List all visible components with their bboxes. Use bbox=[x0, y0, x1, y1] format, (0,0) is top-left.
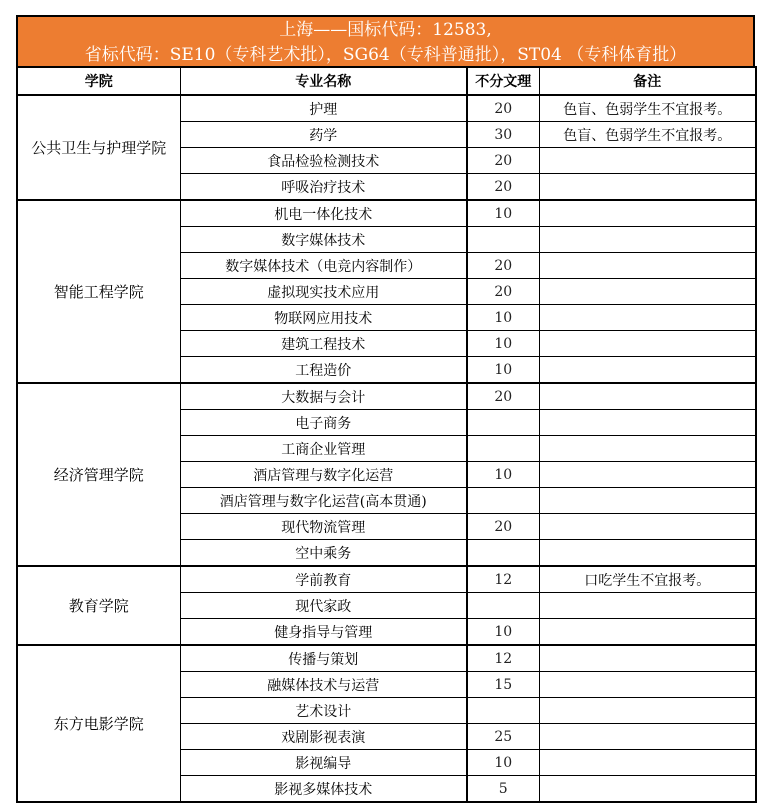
major-cell: 建筑工程技术 bbox=[180, 331, 467, 357]
college-cell: 经济管理学院 bbox=[17, 383, 180, 566]
count-cell: 20 bbox=[467, 514, 539, 540]
count-cell: 10 bbox=[467, 462, 539, 488]
count-cell bbox=[467, 227, 539, 253]
college-cell: 智能工程学院 bbox=[17, 200, 180, 383]
remark-cell bbox=[539, 410, 756, 436]
remark-cell bbox=[539, 174, 756, 201]
count-cell bbox=[467, 593, 539, 619]
remark-cell bbox=[539, 645, 756, 672]
count-cell: 10 bbox=[467, 750, 539, 776]
count-cell: 10 bbox=[467, 619, 539, 646]
remark-cell bbox=[539, 540, 756, 567]
remark-cell bbox=[539, 750, 756, 776]
remark-cell bbox=[539, 383, 756, 410]
table-row: 公共卫生与护理学院护理20色盲、色弱学生不宜报考。 bbox=[17, 95, 756, 122]
count-cell: 20 bbox=[467, 253, 539, 279]
count-cell: 12 bbox=[467, 645, 539, 672]
major-cell: 药学 bbox=[180, 122, 467, 148]
remark-cell bbox=[539, 488, 756, 514]
major-cell: 影视编导 bbox=[180, 750, 467, 776]
college-cell: 公共卫生与护理学院 bbox=[17, 95, 180, 200]
enrollment-sheet: 上海——国标代码：12583, 省标代码：SE10（专科艺术批），SG64（专科… bbox=[16, 15, 755, 803]
remark-cell bbox=[539, 148, 756, 174]
count-cell: 30 bbox=[467, 122, 539, 148]
major-cell: 现代物流管理 bbox=[180, 514, 467, 540]
table-row: 经济管理学院大数据与会计20 bbox=[17, 383, 756, 410]
count-cell: 20 bbox=[467, 148, 539, 174]
remark-cell bbox=[539, 514, 756, 540]
header-major: 专业名称 bbox=[180, 67, 467, 95]
major-cell: 数字媒体技术（电竞内容制作） bbox=[180, 253, 467, 279]
major-cell: 物联网应用技术 bbox=[180, 305, 467, 331]
remark-cell bbox=[539, 227, 756, 253]
count-cell: 5 bbox=[467, 776, 539, 803]
major-cell: 呼吸治疗技术 bbox=[180, 174, 467, 201]
count-cell: 10 bbox=[467, 200, 539, 227]
remark-cell bbox=[539, 593, 756, 619]
count-cell: 25 bbox=[467, 724, 539, 750]
major-cell: 健身指导与管理 bbox=[180, 619, 467, 646]
table-body: 公共卫生与护理学院护理20色盲、色弱学生不宜报考。药学30色盲、色弱学生不宜报考… bbox=[17, 95, 756, 802]
remark-cell: 色盲、色弱学生不宜报考。 bbox=[539, 95, 756, 122]
remark-cell bbox=[539, 724, 756, 750]
header-remark: 备注 bbox=[539, 67, 756, 95]
count-cell: 10 bbox=[467, 305, 539, 331]
major-cell: 工程造价 bbox=[180, 357, 467, 384]
majors-table: 学院 专业名称 不分文理 备注 公共卫生与护理学院护理20色盲、色弱学生不宜报考… bbox=[16, 66, 757, 803]
count-cell: 20 bbox=[467, 95, 539, 122]
major-cell: 空中乘务 bbox=[180, 540, 467, 567]
title-banner: 上海——国标代码：12583, 省标代码：SE10（专科艺术批），SG64（专科… bbox=[16, 15, 755, 66]
table-row: 智能工程学院机电一体化技术10 bbox=[17, 200, 756, 227]
major-cell: 电子商务 bbox=[180, 410, 467, 436]
table-row: 教育学院学前教育12口吃学生不宜报考。 bbox=[17, 566, 756, 593]
header-count: 不分文理 bbox=[467, 67, 539, 95]
count-cell: 20 bbox=[467, 174, 539, 201]
major-cell: 学前教育 bbox=[180, 566, 467, 593]
major-cell: 影视多媒体技术 bbox=[180, 776, 467, 803]
remark-cell bbox=[539, 305, 756, 331]
remark-cell bbox=[539, 776, 756, 803]
major-cell: 机电一体化技术 bbox=[180, 200, 467, 227]
table-row: 东方电影学院传播与策划12 bbox=[17, 645, 756, 672]
title-line-1: 上海——国标代码：12583, bbox=[18, 18, 753, 43]
remark-cell bbox=[539, 698, 756, 724]
major-cell: 大数据与会计 bbox=[180, 383, 467, 410]
major-cell: 艺术设计 bbox=[180, 698, 467, 724]
remark-cell bbox=[539, 331, 756, 357]
remark-cell bbox=[539, 253, 756, 279]
title-line-2: 省标代码：SE10（专科艺术批），SG64（专科普通批），ST04 （专科体育批… bbox=[18, 43, 753, 68]
count-cell: 10 bbox=[467, 331, 539, 357]
remark-cell bbox=[539, 279, 756, 305]
count-cell bbox=[467, 488, 539, 514]
count-cell: 15 bbox=[467, 672, 539, 698]
remark-cell bbox=[539, 462, 756, 488]
count-cell: 20 bbox=[467, 383, 539, 410]
major-cell: 工商企业管理 bbox=[180, 436, 467, 462]
college-cell: 教育学院 bbox=[17, 566, 180, 645]
major-cell: 食品检验检测技术 bbox=[180, 148, 467, 174]
major-cell: 现代家政 bbox=[180, 593, 467, 619]
major-cell: 酒店管理与数字化运营 bbox=[180, 462, 467, 488]
major-cell: 融媒体技术与运营 bbox=[180, 672, 467, 698]
major-cell: 戏剧影视表演 bbox=[180, 724, 467, 750]
major-cell: 酒店管理与数字化运营(高本贯通) bbox=[180, 488, 467, 514]
count-cell bbox=[467, 410, 539, 436]
remark-cell: 口吃学生不宜报考。 bbox=[539, 566, 756, 593]
count-cell: 20 bbox=[467, 279, 539, 305]
remark-cell bbox=[539, 357, 756, 384]
major-cell: 护理 bbox=[180, 95, 467, 122]
major-cell: 传播与策划 bbox=[180, 645, 467, 672]
college-cell: 东方电影学院 bbox=[17, 645, 180, 802]
remark-cell bbox=[539, 672, 756, 698]
count-cell bbox=[467, 436, 539, 462]
remark-cell bbox=[539, 619, 756, 646]
count-cell bbox=[467, 698, 539, 724]
major-cell: 虚拟现实技术应用 bbox=[180, 279, 467, 305]
remark-cell bbox=[539, 200, 756, 227]
count-cell: 10 bbox=[467, 357, 539, 384]
major-cell: 数字媒体技术 bbox=[180, 227, 467, 253]
header-college: 学院 bbox=[17, 67, 180, 95]
count-cell bbox=[467, 540, 539, 567]
count-cell: 12 bbox=[467, 566, 539, 593]
remark-cell: 色盲、色弱学生不宜报考。 bbox=[539, 122, 756, 148]
header-row: 学院 专业名称 不分文理 备注 bbox=[17, 67, 756, 95]
remark-cell bbox=[539, 436, 756, 462]
